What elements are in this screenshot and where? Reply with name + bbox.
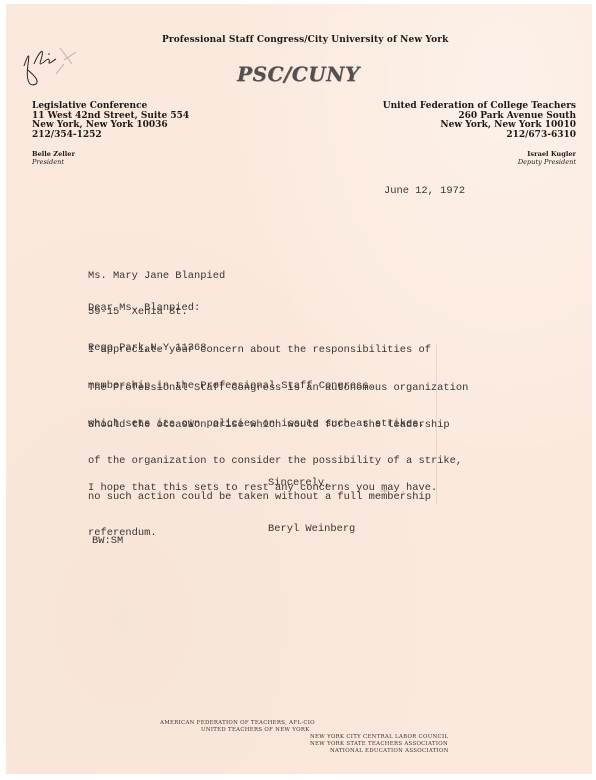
letter-page: Professional Staff Congress/City Univers… [6, 4, 592, 774]
president-block: Belle Zeller President [32, 150, 75, 166]
psc-cuny-logo: PSC/CUNY [237, 62, 360, 86]
president-title: President [32, 158, 75, 166]
footer-affiliation: NEW YORK STATE TEACHERS ASSOCIATION [310, 741, 448, 748]
left-block-line: 212/354-1252 [32, 131, 189, 141]
legislative-conference-address: Legislative Conference 11 West 42nd Stre… [32, 102, 189, 140]
president-name: Belle Zeller [32, 150, 75, 158]
signer-name: Beryl Weinberg [268, 523, 355, 535]
signature-trace-icon [370, 488, 410, 498]
deputy-president-name: Israel Kugler [518, 150, 576, 158]
footer-affiliation: UNITED TEACHERS OF NEW YORK [201, 727, 310, 734]
deputy-president-title: Deputy President [518, 158, 576, 166]
right-block-line: 212/673-6310 [383, 131, 576, 141]
deputy-president-block: Israel Kugler Deputy President [518, 150, 576, 166]
ufct-address: United Federation of College Teachers 26… [383, 102, 576, 140]
paragraph-line: The Professional Staff Congress is an au… [88, 382, 468, 394]
letter-date: June 12, 1972 [384, 185, 465, 197]
paragraph-line: Should the occasion arise which would fo… [88, 419, 462, 431]
address-line: Ms. Mary Jane Blanpied [88, 270, 225, 282]
footer-affiliation: NATIONAL EDUCATION ASSOCIATION [330, 748, 449, 755]
footer-affiliation: AMERICAN FEDERATION OF TEACHERS, AFL-CIO [160, 720, 315, 727]
paragraph-line: I appreciate your concern about the resp… [88, 344, 431, 356]
salutation: Dear Ms. Blanpied: [88, 302, 200, 314]
organization-name: Professional Staff Congress/City Univers… [162, 35, 448, 45]
footer-affiliation: NEW YORK CITY CENTRAL LABOR COUNCIL [310, 734, 448, 741]
page-crease [436, 344, 437, 504]
typist-initials: BW:SM [92, 535, 123, 547]
closing: Sincerely, [268, 477, 330, 489]
handwritten-file-note-icon [16, 34, 76, 89]
